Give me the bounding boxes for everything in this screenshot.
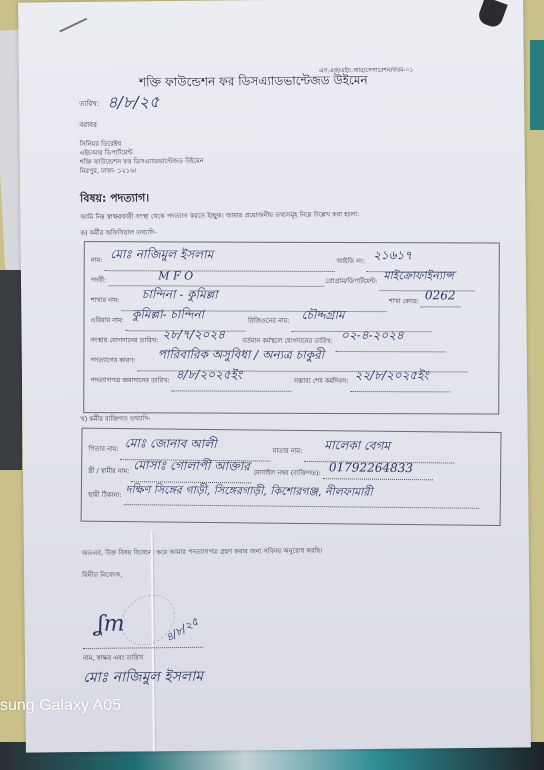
signature-name: মোঃ নাজিমুল ইসলাম	[83, 665, 203, 690]
last-day-value: ২২/৮/২০২৫ইং	[355, 368, 429, 382]
area-value: কুমিল্লা- চান্দিনা	[132, 307, 204, 321]
resignation-form-sheet: এস.এফ/এইচ.আর/সেপারেশন/ফরম-০১ শক্তি ফাউন্…	[18, 0, 531, 753]
background-dark-edge	[0, 270, 22, 470]
reason-label: পদত্যাগের কারণ:	[90, 356, 135, 364]
signature-scribble: ʆm	[96, 612, 124, 637]
subject: বিষয়: পদত্যাগ।	[80, 189, 149, 209]
signature-label: নাম, স্বাক্ষর এবং তারিখ	[83, 652, 143, 664]
spouse-value: মোসাঃ গোলাপী আক্তার	[133, 458, 250, 473]
region-value: চৌদ্দগ্রাম	[302, 308, 345, 322]
closing-text: অতএব, উক্ত বিষয় বিবেচনা করে আমার পদত্যা…	[82, 546, 323, 560]
mobile-label: মোবাইল নম্বর (ব্যক্তিগত):	[253, 468, 320, 477]
section-b-title: খ) কর্মীর ব্যক্তিগত তথ্যাদি-	[80, 413, 150, 425]
father-value: মোঃ জোনাব আলী	[125, 436, 217, 451]
designation-label: পদবী:	[91, 276, 107, 284]
designation-value: M F O	[158, 269, 193, 282]
address-value: দক্ষিণ সিঙ্গের গাড়ী, সিঙ্গেরগাড়ী, কিশো…	[126, 483, 373, 499]
name-value: মোঃ নাজিমুল ইসলাম	[110, 247, 213, 261]
branch-code-value: 0262	[425, 288, 456, 302]
pen-mark	[59, 18, 87, 33]
mother-label: মাতার নাম:	[273, 447, 303, 455]
id-value: ২১৬১৭	[373, 248, 412, 262]
background-teal-edge	[530, 40, 544, 130]
date-label: তারিখ:	[79, 98, 99, 110]
spouse-label: স্ত্রী / স্বামীর নাম:	[88, 467, 129, 475]
submit-date-value: ৪/৮/২০২৫ইং	[176, 367, 242, 381]
date-value: ৪/৮/২৫	[107, 89, 160, 117]
name-label: নাম:	[91, 256, 103, 264]
addressee-line: মিরপুর, ঢাকা- ১২১৬।	[80, 165, 137, 177]
father-label: পিতার নাম:	[88, 445, 118, 453]
branch-value: চান্দিনা - কুমিল্লা	[142, 287, 218, 301]
current-join-label: বর্তমান কর্মস্থলে যোগদানের তারিখ:	[242, 337, 333, 345]
join-date-value: ২৮/৭/২০২৪	[162, 327, 225, 341]
branch-code-label: শাখা কোড:	[389, 297, 419, 305]
personal-info-box: পিতার নাম: মোঃ জোনাব আলী মাতার নাম: মালে…	[81, 428, 502, 526]
organization-title: শক্তি ফাউন্ডেশন ফর ডিসএ্যাডভান্টেজড উইমে…	[139, 72, 368, 94]
mobile-value: 01792264833	[329, 460, 413, 475]
program-label: প্রোগ্রাম/ডিপার্টমেন্ট:	[325, 277, 377, 285]
join-date-label: সংস্থায় যোগদানের তারিখ:	[90, 336, 158, 344]
program-value: মাইক্রোফাইন্যান্স	[383, 269, 453, 282]
region-label: রিজিওনের নাম:	[248, 317, 290, 325]
salutation: বরাবর	[79, 119, 97, 131]
signature-line	[83, 647, 203, 649]
section-a-title: ক) কর্মীর অফিসিয়াল তথ্যাদি-	[80, 227, 156, 239]
branch-label: শাখার নাম:	[91, 296, 120, 304]
mother-value: মালেকা বেগম	[324, 438, 390, 453]
yours-faithfully: বিনীত নিবেদক,	[82, 570, 122, 581]
last-day-label: সম্ভাব্য শেষ কর্মদিবস:	[294, 377, 349, 385]
current-join-value: ০২-৪-২০২৪	[341, 328, 404, 342]
submit-date-label: পদত্যাগপত্র জমাদানের তারিখ:	[90, 376, 169, 384]
address-label: স্থায়ী ঠিকানা:	[88, 491, 122, 499]
intro-text: আমি নিম্ন স্বাক্ষরকারী সংস্থা থেকে পদত্য…	[80, 209, 359, 223]
id-label: আইডি নং:	[336, 257, 365, 265]
area-label: এরিয়ার নাম:	[91, 316, 124, 324]
reason-value: পারিবারিক অসুবিধা / অন্যত্র চাকুরী	[158, 347, 324, 362]
camera-watermark: sung Galaxy A05	[0, 697, 121, 715]
official-info-box: নাম: মোঃ নাজিমুল ইসলাম আইডি নং: ২১৬১৭ পদ…	[83, 241, 500, 414]
